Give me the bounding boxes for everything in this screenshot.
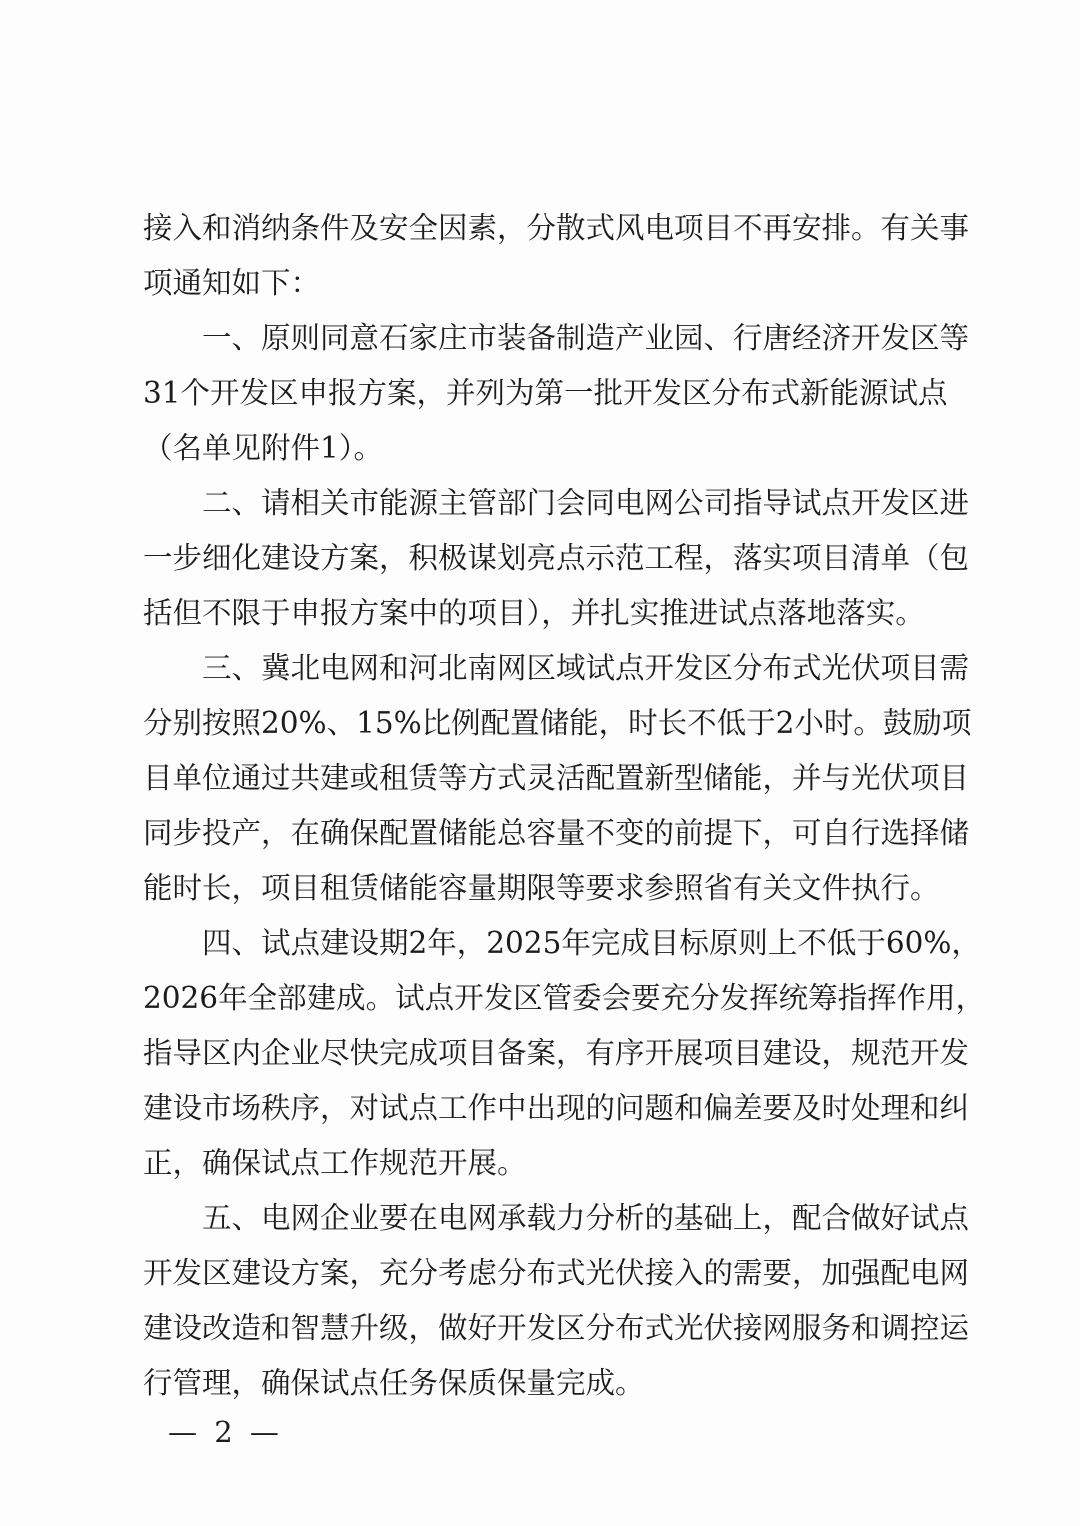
text-line: 31个开发区申报方案，并列为第一批开发区分布式新能源试点 [143,373,938,413]
text-line: 一步细化建设方案，积极谋划亮点示范工程，落实项目清单（包 [143,538,938,578]
text-line: 接入和消纳条件及安全因素，分散式风电项目不再安排。有关事 [143,208,938,248]
text-line: 五、电网企业要在电网承载力分析的基础上，配合做好试点 [202,1198,938,1238]
text-line: 建设市场秩序，对试点工作中出现的问题和偏差要及时处理和纠 [143,1088,938,1128]
text-line: 指导区内企业尽快完成项目备案，有序开展项目建设，规范开发 [143,1033,938,1073]
text-line: 建设改造和智慧升级，做好开发区分布式光伏接网服务和调控运 [143,1308,938,1348]
text-line: 一、原则同意石家庄市装备制造产业园、行唐经济开发区等 [202,318,938,358]
text-line: 正，确保试点工作规范开展。 [143,1143,938,1183]
text-line: 二、请相关市能源主管部门会同电网公司指导试点开发区进 [202,483,938,523]
text-line: 开发区建设方案，充分考虑分布式光伏接入的需要，加强配电网 [143,1253,938,1293]
text-line: 四、试点建设期2年，2025年完成目标原则上不低于60%， [202,923,938,963]
page-number: — 2 — [168,1412,283,1452]
text-line: 能时长，项目租赁储能容量期限等要求参照省有关文件执行。 [143,868,938,908]
text-line: 括但不限于申报方案中的项目），并扎实推进试点落地落实。 [143,593,938,633]
text-line: 行管理，确保试点任务保质保量完成。 [143,1363,938,1403]
document-page: 接入和消纳条件及安全因素，分散式风电项目不再安排。有关事项通知如下：一、原则同意… [0,0,1080,1526]
text-line: （名单见附件1）。 [143,428,938,468]
text-line: 目单位通过共建或租赁等方式灵活配置新型储能，并与光伏项目 [143,758,938,798]
text-line: 同步投产，在确保配置储能总容量不变的前提下，可自行选择储 [143,813,938,853]
text-line: 三、冀北电网和河北南网区域试点开发区分布式光伏项目需 [202,648,938,688]
text-line: 项通知如下： [143,263,938,303]
text-line: 2026年全部建成。试点开发区管委会要充分发挥统筹指挥作用， [143,978,938,1018]
text-line: 分别按照20%、15%比例配置储能，时长不低于2小时。鼓励项 [143,703,938,743]
